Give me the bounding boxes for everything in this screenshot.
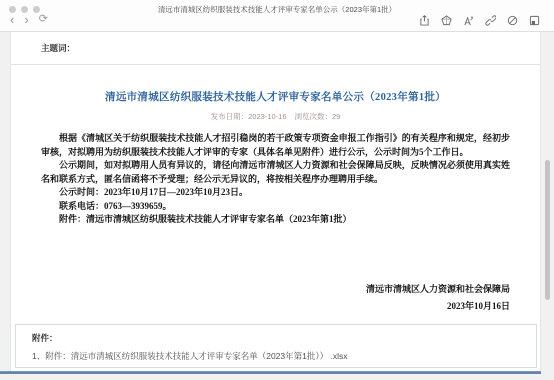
toolbar-actions [419,15,540,26]
shield-icon[interactable] [441,15,452,26]
maximize-button[interactable] [33,6,40,13]
article-meta: 发布日期：2023-10-16浏览次数：29 [41,111,510,122]
subject-label: 主题词： [41,43,75,53]
article-title: 清远市清城区纺织服装技术技能人才评审专家名单公示（2023年第1批） [41,89,510,104]
paragraph: 附件：清远市清城区纺织服装技术技能人才评审专家名单（2023年第1批） [41,213,510,227]
attachments-label: 附件： [32,332,520,344]
vertical-scrollbar[interactable] [545,160,550,300]
signature-org: 清远市清城区人力资源和社会保障局 [41,281,510,298]
browser-viewport: 主题词： 清远市清城区纺织服装技术技能人才评审专家名单公示（2023年第1批） … [0,32,554,380]
share-icon[interactable] [419,15,430,26]
attachments-box: 附件： 1、附件：清远市清城区纺织服装技术技能人才评审专家名单（2023年第1批… [15,324,537,368]
reload-button[interactable]: ⟳ [39,13,48,26]
browser-toolbar: 清远市清城区纺织服装技术技能人才评审专家名单公示（2023年第1批） ‹ › ⟳ [0,0,554,32]
publish-date-label: 发布日期： [211,112,249,121]
forward-button[interactable]: › [24,13,28,26]
views-label: 浏览次数： [295,112,333,121]
document-page: 主题词： 清远市清城区纺织服装技术技能人才评审专家名单公示（2023年第1批） … [10,32,541,371]
downloads-icon[interactable] [529,15,540,26]
translate-icon[interactable] [463,15,474,26]
article-body: 根据《清城区关于纺织服装技术技能人才招引稳岗的若干政策专项资金申报工作指引》的有… [41,132,510,227]
signature-block: 清远市清城区人力资源和社会保障局 2023年10月16日 [41,281,510,315]
publish-date: 2023-10-16 [248,112,286,121]
views-count: 29 [332,112,340,121]
link-icon[interactable] [485,15,496,26]
attachment-link[interactable]: 1、附件：清远市清城区纺织服装技术技能人才评审专家名单（2023年第1批）） .… [32,350,520,362]
paragraph: 公示时间：2023年10月17日—2023年10月23日。 [41,186,510,200]
back-button[interactable]: ‹ [10,13,14,26]
content-blocker-icon[interactable] [507,15,518,26]
nav-controls: ‹ › ⟳ [10,13,48,26]
subject-row: 主题词： [11,32,540,65]
paragraph: 公示期间，如对拟聘用人员有异议的，请径向清远市清城区人力资源和社会保障局反映，反… [41,159,510,186]
paragraph: 根据《清城区关于纺织服装技术技能人才招引稳岗的若干政策专项资金申报工作指引》的有… [41,132,510,159]
browser-window: { "window": { "title": "清远市清城区纺织服装技术技能人才… [0,0,554,380]
page-bottom-bar [0,371,541,374]
signature-date: 2023年10月16日 [41,298,510,315]
article: 清远市清城区纺织服装技术技能人才评审专家名单公示（2023年第1批） 发布日期：… [11,89,540,315]
window-title: 清远市清城区纺织服装技术技能人才评审专家名单公示（2023年第1批） [60,4,494,15]
paragraph: 联系电话：0763—3939659。 [41,200,510,214]
